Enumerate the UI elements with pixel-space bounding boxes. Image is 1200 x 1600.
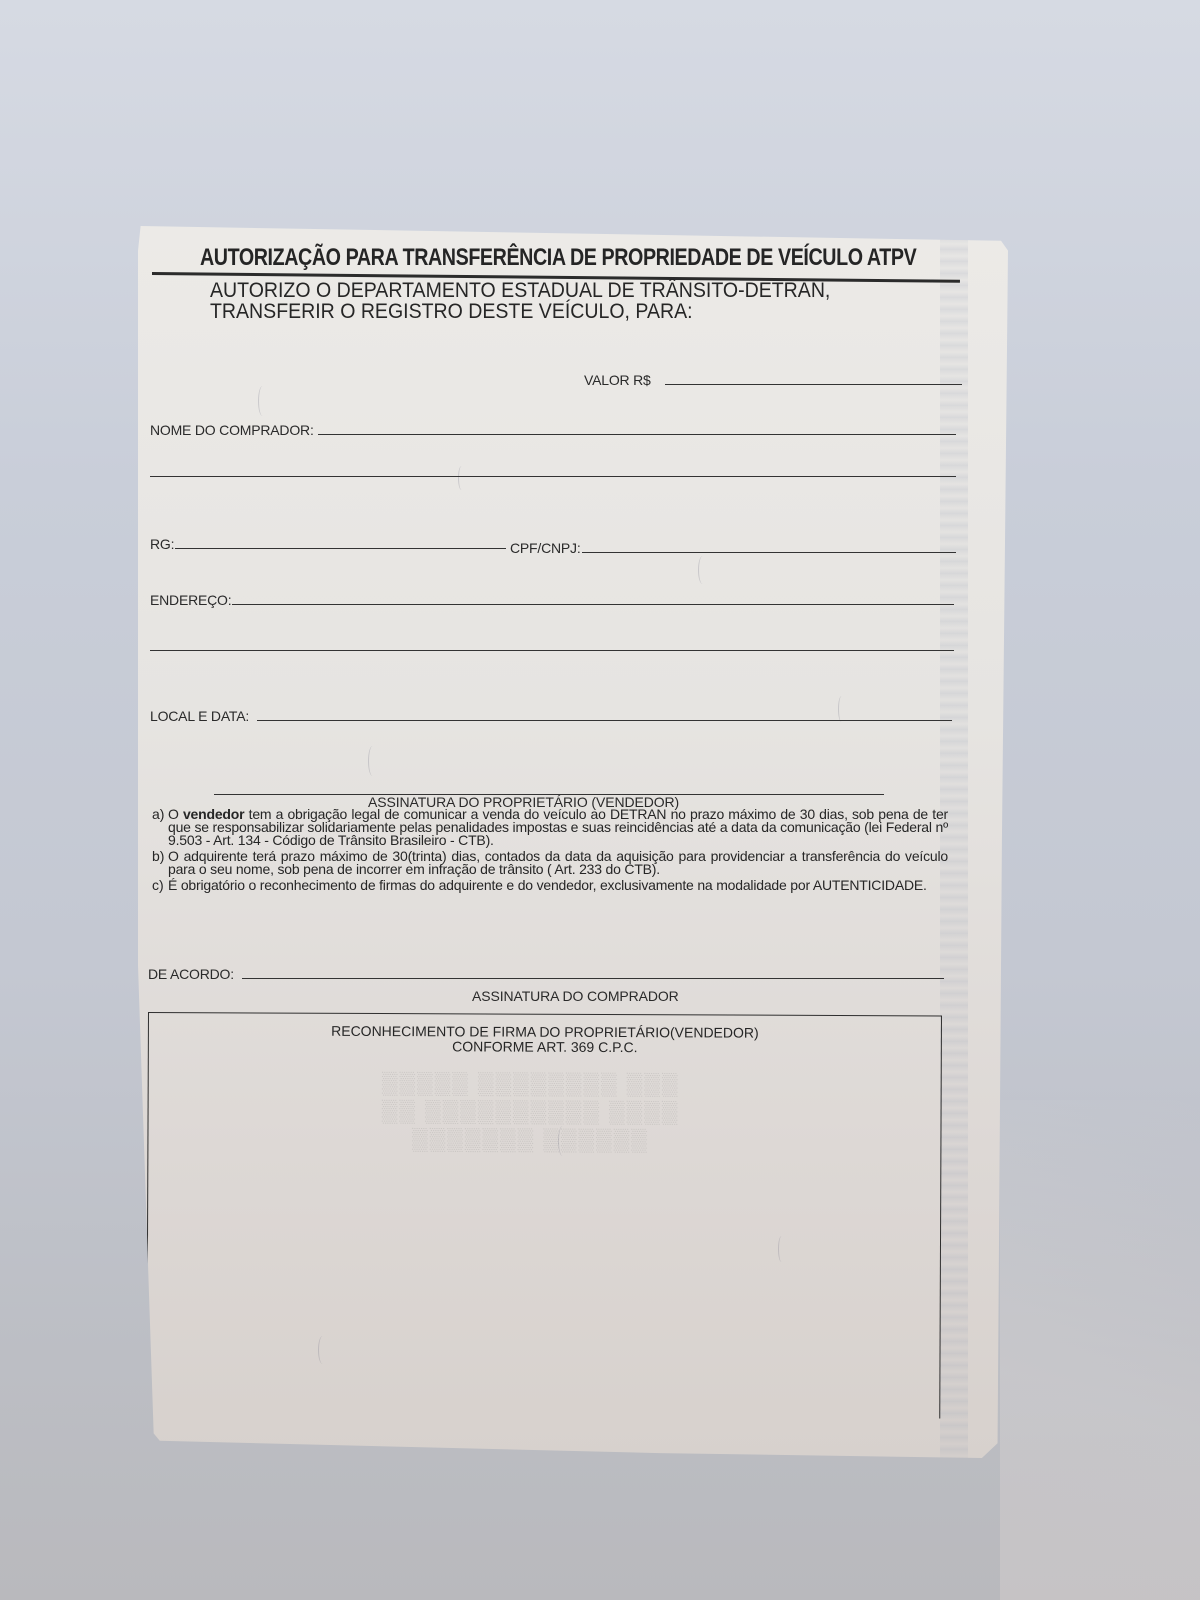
nome-comprador-input[interactable] <box>318 434 956 435</box>
note-marker: a) <box>152 808 168 847</box>
subtitle-line-1: AUTORIZO O DEPARTAMENTO ESTADUAL DE TRÂN… <box>210 280 830 301</box>
endereco-label: ENDEREÇO: <box>150 592 231 608</box>
notary-box-title: RECONHECIMENTO DE FIRMA DO PROPRIETÁRIO(… <box>149 1023 941 1056</box>
note-text: O vendedor tem a obrigação legal de comu… <box>168 808 948 847</box>
rg-label: RG: <box>150 536 174 552</box>
note-c: c) É obrigatório o reconhecimento de fir… <box>152 879 948 892</box>
note-body: tem a obrigação legal de comunicar a ven… <box>168 806 948 848</box>
local-data-input[interactable] <box>257 720 952 721</box>
seller-signature-line[interactable] <box>214 776 884 795</box>
valor-input[interactable] <box>665 384 962 385</box>
note-marker: b) <box>152 850 168 876</box>
endereco-field: ENDEREÇO: <box>150 592 954 608</box>
valor-field: VALOR R$ <box>584 372 962 388</box>
note-a: a) O vendedor tem a obrigação legal de c… <box>152 808 948 847</box>
subtitle-line-2: TRANSFERIR O REGISTRO DESTE VEÍCULO, PAR… <box>210 301 830 322</box>
local-data-label: LOCAL E DATA: <box>150 708 249 724</box>
note-text: O adquirente terá prazo máximo de 30(tri… <box>168 850 948 876</box>
local-data-field: LOCAL E DATA: <box>150 708 952 724</box>
nome-comprador-label: NOME DO COMPRADOR: <box>150 422 314 438</box>
note-b: b) O adquirente terá prazo máximo de 30(… <box>152 850 948 876</box>
notary-box-title-line-2: CONFORME ART. 369 C.P.C. <box>149 1038 941 1056</box>
de-acordo-field: DE ACORDO: <box>148 966 944 982</box>
form-title: AUTORIZAÇÃO PARA TRANSFERÊNCIA DE PROPRI… <box>200 244 916 272</box>
buyer-signature-input[interactable] <box>242 978 944 979</box>
form-subtitle: AUTORIZO O DEPARTAMENTO ESTADUAL DE TRÂN… <box>210 280 830 322</box>
rg-field: RG: <box>150 536 506 552</box>
nome-comprador-input-2[interactable] <box>150 476 956 477</box>
atpv-form-paper: AUTORIZAÇÃO PARA TRANSFERÊNCIA DE PROPRI… <box>138 226 1008 1458</box>
cpf-cnpj-label: CPF/CNPJ: <box>510 540 581 556</box>
endereco-input[interactable] <box>232 604 954 605</box>
rg-input[interactable] <box>175 548 506 549</box>
background-shadow <box>1000 1100 1200 1600</box>
notary-recognition-box[interactable]: RECONHECIMENTO DE FIRMA DO PROPRIETÁRIO(… <box>146 1012 942 1418</box>
cpf-cnpj-input[interactable] <box>582 552 956 553</box>
nome-comprador-line-2 <box>150 476 956 480</box>
note-marker: c) <box>152 879 168 892</box>
note-text: É obrigatório o reconhecimento de firmas… <box>168 879 948 892</box>
de-acordo-label: DE ACORDO: <box>148 966 234 982</box>
endereco-input-2[interactable] <box>150 650 954 651</box>
nome-comprador-field: NOME DO COMPRADOR: <box>150 422 956 438</box>
buyer-signature-caption: ASSINATURA DO COMPRADOR <box>472 988 679 1004</box>
endereco-line-2 <box>150 650 954 654</box>
legal-notes: a) O vendedor tem a obrigação legal de c… <box>152 808 948 895</box>
valor-label: VALOR R$ <box>584 372 651 388</box>
stamp-bleed-through: ▒▒▒ ▒▒▒▒▒▒▒▒ ▒▒▒▒▒▒▒▒▒ ▒▒▒▒▒▒▒▒▒▒ ▒▒▒▒▒▒… <box>248 1068 808 1154</box>
cpf-cnpj-field: CPF/CNPJ: <box>510 540 956 556</box>
form-content: AUTORIZAÇÃO PARA TRANSFERÊNCIA DE PROPRI… <box>138 226 1008 1458</box>
